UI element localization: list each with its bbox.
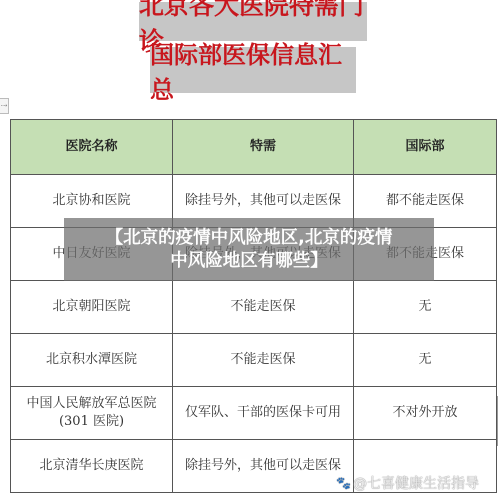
overlay-line-2: 中风险地区有哪些】 [170,250,328,273]
cell-international: 无 [354,334,497,387]
header-hospital-name: 医院名称 [11,120,173,175]
cell-special: 除挂号外，其他可以走医保 [173,440,354,493]
cell-hospital: 北京朝阳医院 [11,281,173,334]
paw-icon: 🐾 [336,476,351,490]
watermark-text: @七喜健康生活指导 [353,473,479,493]
table-row: 北京朝阳医院 不能走医保 无 [11,281,497,334]
title-line-2: 国际部医保信息汇总 [150,47,356,93]
table-move-handle-icon[interactable]: ⇢ [0,98,9,114]
hospital-insurance-table: 医院名称 特需 国际部 北京协和医院 除挂号外，其他可以走医保 都不能走医保 中… [10,119,497,493]
cell-special: 不能走医保 [173,281,354,334]
cell-international: 无 [354,281,497,334]
header-special-clinic: 特需 [173,120,354,175]
table-row: 中国人民解放军总医院 (301 医院) 仅军队、干部的医保卡可用 不对外开放 [11,387,497,440]
watermark: 🐾 @七喜健康生活指导 [336,473,479,493]
table-header-row: 医院名称 特需 国际部 [11,120,497,175]
cell-hospital: 中国人民解放军总医院 (301 医院) [11,387,173,440]
cell-international: 不对外开放 [354,387,497,440]
header-international: 国际部 [354,120,497,175]
table-row: 北京积水潭医院 不能走医保 无 [11,334,497,387]
cell-hospital: 北京清华长庚医院 [11,440,173,493]
cell-hospital: 北京积水潭医院 [11,334,173,387]
article-title-overlay: 【北京的疫情中风险地区,北京的疫情 中风险地区有哪些】 [64,218,434,281]
cell-special: 仅军队、干部的医保卡可用 [173,387,354,440]
cell-special: 不能走医保 [173,334,354,387]
overlay-line-1: 【北京的疫情中风险地区,北京的疫情 [106,227,393,250]
